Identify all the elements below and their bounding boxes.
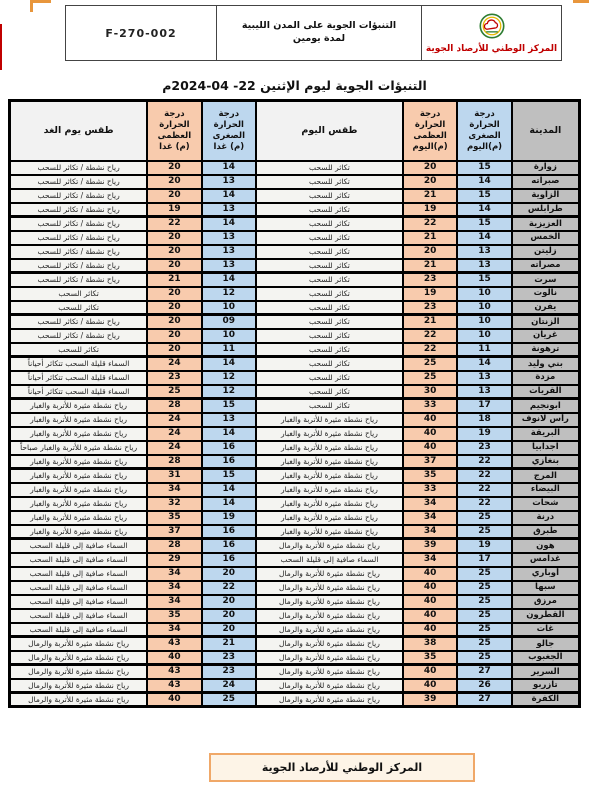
tomorrow-weather-cell: تكاثر للسحب [10, 301, 148, 315]
today-max-temp-cell: 34 [403, 497, 457, 511]
table-row: القريات1330تكاثر للسحب1225السماء قليلة ا… [10, 385, 580, 399]
today-weather-cell: رياح نشطة مثيرة للأتربة والغبار [256, 455, 403, 469]
today-max-temp-cell: 20 [403, 161, 457, 175]
today-min-temp-cell: 10 [457, 315, 511, 329]
table-row: زليتن1320تكاثر للسحب1320رياح نشطة / تكاث… [10, 245, 580, 259]
tomorrow-min-temp-cell: 23 [202, 665, 256, 679]
city-name-cell: بني وليد [512, 357, 580, 371]
tomorrow-weather-cell: رياح نشطة مثيرة للأتربة والرمال [10, 651, 148, 665]
tomorrow-max-temp-cell: 25 [147, 385, 201, 399]
tomorrow-weather-cell: رياح نشطة مثيرة للأتربة والغبار [10, 483, 148, 497]
city-name-cell: مصراته [512, 259, 580, 273]
tomorrow-max-temp-cell: 20 [147, 315, 201, 329]
today-weather-cell: تكاثر للسحب [256, 231, 403, 245]
header-city: المدينة [512, 101, 580, 161]
met-center-emblem-icon [479, 13, 505, 43]
today-max-temp-cell: 21 [403, 259, 457, 273]
today-min-temp-cell: 15 [457, 189, 511, 203]
table-row: غريان1022تكاثر للسحب1020رياح نشطة / تكاث… [10, 329, 580, 343]
today-max-temp-cell: 21 [403, 231, 457, 245]
page-border-artifact-top-left [30, 0, 51, 12]
tomorrow-weather-cell: رياح نشطة مثيرة للأتربة والغبار [10, 525, 148, 539]
city-name-cell: هون [512, 539, 580, 553]
today-min-temp-cell: 14 [457, 175, 511, 189]
today-max-temp-cell: 23 [403, 273, 457, 287]
tomorrow-min-temp-cell: 13 [202, 245, 256, 259]
tomorrow-max-temp-cell: 24 [147, 441, 201, 455]
today-min-temp-cell: 27 [457, 665, 511, 679]
tomorrow-min-temp-cell: 09 [202, 315, 256, 329]
tomorrow-weather-cell: السماء صافية إلى قليلة السحب [10, 595, 148, 609]
city-name-cell: البيضاء [512, 483, 580, 497]
tomorrow-weather-cell: تكاثر السحب [10, 287, 148, 301]
today-weather-cell: رياح نشطة مثيرة للأتربة والغبار [256, 469, 403, 483]
tomorrow-min-temp-cell: 14 [202, 273, 256, 287]
tomorrow-max-temp-cell: 20 [147, 259, 201, 273]
tomorrow-max-temp-cell: 20 [147, 245, 201, 259]
today-min-temp-cell: 13 [457, 245, 511, 259]
today-weather-cell: تكاثر للسحب [256, 371, 403, 385]
table-row: زوارة1520تكاثر للسحب1420رياح نشطة / تكاث… [10, 161, 580, 175]
table-row: ابونجيم1733تكاثر للسحب1528رياح نشطة مثير… [10, 399, 580, 413]
today-max-temp-cell: 25 [403, 371, 457, 385]
tomorrow-max-temp-cell: 24 [147, 427, 201, 441]
today-max-temp-cell: 23 [403, 301, 457, 315]
city-name-cell: بنغازي [512, 455, 580, 469]
today-weather-cell: رياح نشطة مثيرة للأتربة والغبار [256, 511, 403, 525]
today-min-temp-cell: 25 [457, 525, 511, 539]
tomorrow-weather-cell: رياح نشطة مثيرة للأتربة والغبار [10, 413, 148, 427]
tomorrow-max-temp-cell: 28 [147, 539, 201, 553]
table-row: طرابلس1419تكاثر للسحب1319رياح نشطة / تكا… [10, 203, 580, 217]
table-row: بني وليد1425تكاثر للسحب1424السماء قليلة … [10, 357, 580, 371]
table-row: رأس لانوف1840رياح نشطة مثيرة للأتربة وال… [10, 413, 580, 427]
today-max-temp-cell: 21 [403, 315, 457, 329]
tomorrow-max-temp-cell: 20 [147, 189, 201, 203]
table-row: جالو2538رياح نشطة مثيرة للأتربة والرمال2… [10, 637, 580, 651]
tomorrow-weather-cell: رياح نشطة مثيرة للأتربة والرمال [10, 665, 148, 679]
table-row: بنغازي2237رياح نشطة مثيرة للأتربة والغبا… [10, 455, 580, 469]
city-name-cell: شحات [512, 497, 580, 511]
table-row: أوباري2540رياح نشطة مثيرة للأتربة والرما… [10, 567, 580, 581]
today-max-temp-cell: 35 [403, 469, 457, 483]
today-max-temp-cell: 19 [403, 287, 457, 301]
tomorrow-max-temp-cell: 40 [147, 651, 201, 665]
tomorrow-weather-cell: رياح نشطة / تكاثر للسحب [10, 217, 148, 231]
table-row: سبها2540رياح نشطة مثيرة للأتربة والرمال2… [10, 581, 580, 595]
city-name-cell: السرير [512, 665, 580, 679]
today-min-temp-cell: 25 [457, 609, 511, 623]
today-max-temp-cell: 40 [403, 679, 457, 693]
today-weather-cell: رياح نشطة مثيرة للأتربة والرمال [256, 581, 403, 595]
city-name-cell: العزيزية [512, 217, 580, 231]
today-weather-cell: تكاثر للسحب [256, 287, 403, 301]
today-max-temp-cell: 40 [403, 441, 457, 455]
page-border-artifact-left [0, 24, 2, 70]
city-name-cell: صبراته [512, 175, 580, 189]
city-name-cell: طبرق [512, 525, 580, 539]
tomorrow-max-temp-cell: 43 [147, 637, 201, 651]
today-max-temp-cell: 22 [403, 217, 457, 231]
tomorrow-min-temp-cell: 10 [202, 329, 256, 343]
tomorrow-min-temp-cell: 20 [202, 623, 256, 637]
today-weather-cell: رياح نشطة مثيرة للأتربة والرمال [256, 567, 403, 581]
tomorrow-min-temp-cell: 13 [202, 413, 256, 427]
today-min-temp-cell: 19 [457, 539, 511, 553]
today-weather-cell: تكاثر للسحب [256, 245, 403, 259]
tomorrow-max-temp-cell: 43 [147, 679, 201, 693]
city-name-cell: غريان [512, 329, 580, 343]
today-max-temp-cell: 34 [403, 511, 457, 525]
tomorrow-max-temp-cell: 31 [147, 469, 201, 483]
doc-title-cell: التنبؤات الجوية على المدن الليبية لمدة ي… [216, 6, 421, 60]
today-min-temp-cell: 14 [457, 231, 511, 245]
table-row: اجدابيا2340رياح نشطة مثيرة للأتربة والغب… [10, 441, 580, 455]
tomorrow-min-temp-cell: 16 [202, 455, 256, 469]
today-weather-cell: رياح نشطة مثيرة للأتربة والرمال [256, 623, 403, 637]
today-min-temp-cell: 14 [457, 357, 511, 371]
today-min-temp-cell: 17 [457, 399, 511, 413]
city-name-cell: زوارة [512, 161, 580, 175]
tomorrow-max-temp-cell: 20 [147, 175, 201, 189]
table-row: يفرن1023تكاثر للسحب1020تكاثر للسحب [10, 301, 580, 315]
tomorrow-min-temp-cell: 13 [202, 175, 256, 189]
tomorrow-min-temp-cell: 23 [202, 651, 256, 665]
today-weather-cell: رياح نشطة مثيرة للأتربة والغبار [256, 427, 403, 441]
today-min-temp-cell: 25 [457, 623, 511, 637]
today-weather-cell: رياح نشطة مثيرة للأتربة والرمال [256, 693, 403, 707]
table-row: نالوت1019تكاثر للسحب1220تكاثر السحب [10, 287, 580, 301]
city-name-cell: جالو [512, 637, 580, 651]
table-row: صبراته1420تكاثر للسحب1320رياح نشطة / تكا… [10, 175, 580, 189]
city-name-cell: القطرون [512, 609, 580, 623]
tomorrow-weather-cell: رياح نشطة / تكاثر للسحب [10, 203, 148, 217]
city-name-cell: الخمس [512, 231, 580, 245]
today-max-temp-cell: 40 [403, 567, 457, 581]
today-max-temp-cell: 40 [403, 581, 457, 595]
tomorrow-weather-cell: السماء صافية إلى قليلة السحب [10, 581, 148, 595]
table-row: الجغبوب2535رياح نشطة مثيرة للأتربة والرم… [10, 651, 580, 665]
tomorrow-min-temp-cell: 16 [202, 539, 256, 553]
today-min-temp-cell: 15 [457, 273, 511, 287]
table-row: سرت1523تكاثر للسحب1421رياح نشطة / تكاثر … [10, 273, 580, 287]
tomorrow-min-temp-cell: 13 [202, 203, 256, 217]
city-name-cell: رأس لانوف [512, 413, 580, 427]
today-weather-cell: رياح نشطة مثيرة للأتربة والغبار [256, 483, 403, 497]
tomorrow-weather-cell: رياح نشطة مثيرة للأتربة والغبار [10, 455, 148, 469]
weather-bulletin-page: { "page": { "form_code": "F-270-002", "d… [0, 0, 589, 786]
tomorrow-weather-cell: رياح نشطة / تكاثر للسحب [10, 161, 148, 175]
today-min-temp-cell: 10 [457, 287, 511, 301]
city-name-cell: الزنتان [512, 315, 580, 329]
tomorrow-weather-cell: رياح نشطة / تكاثر للسحب [10, 259, 148, 273]
tomorrow-max-temp-cell: 23 [147, 371, 201, 385]
tomorrow-weather-cell: رياح نشطة مثيرة للأتربة والغبار صباحاً [10, 441, 148, 455]
city-name-cell: الجغبوب [512, 651, 580, 665]
tomorrow-min-temp-cell: 15 [202, 469, 256, 483]
today-max-temp-cell: 22 [403, 343, 457, 357]
today-min-temp-cell: 17 [457, 553, 511, 567]
city-name-cell: ابونجيم [512, 399, 580, 413]
table-row: درنة2534رياح نشطة مثيرة للأتربة والغبار1… [10, 511, 580, 525]
tomorrow-max-temp-cell: 37 [147, 525, 201, 539]
tomorrow-min-temp-cell: 14 [202, 217, 256, 231]
city-name-cell: القريات [512, 385, 580, 399]
today-max-temp-cell: 40 [403, 413, 457, 427]
today-weather-cell: تكاثر للسحب [256, 357, 403, 371]
footer-stamp: المركز الوطني للأرصاد الجوية [209, 753, 475, 782]
tomorrow-max-temp-cell: 40 [147, 693, 201, 707]
city-name-cell: طرابلس [512, 203, 580, 217]
today-min-temp-cell: 25 [457, 595, 511, 609]
today-weather-cell: تكاثر للسحب [256, 203, 403, 217]
tomorrow-weather-cell: رياح نشطة / تكاثر للسحب [10, 273, 148, 287]
forecast-table-body: زوارة1520تكاثر للسحب1420رياح نشطة / تكاث… [10, 161, 580, 707]
tomorrow-max-temp-cell: 28 [147, 399, 201, 413]
header-today-weather: طقس اليوم [256, 101, 403, 161]
today-min-temp-cell: 22 [457, 455, 511, 469]
tomorrow-max-temp-cell: 24 [147, 413, 201, 427]
today-max-temp-cell: 37 [403, 455, 457, 469]
today-min-temp-cell: 14 [457, 203, 511, 217]
today-min-temp-cell: 26 [457, 679, 511, 693]
tomorrow-min-temp-cell: 25 [202, 693, 256, 707]
doc-title-line1: التنبؤات الجوية على المدن الليبية [242, 20, 396, 33]
tomorrow-max-temp-cell: 34 [147, 483, 201, 497]
today-min-temp-cell: 25 [457, 651, 511, 665]
table-row: المرج2235رياح نشطة مثيرة للأتربة والغبار… [10, 469, 580, 483]
today-max-temp-cell: 20 [403, 175, 457, 189]
today-max-temp-cell: 22 [403, 329, 457, 343]
city-name-cell: مزدة [512, 371, 580, 385]
tomorrow-min-temp-cell: 12 [202, 385, 256, 399]
tomorrow-min-temp-cell: 12 [202, 287, 256, 301]
table-row: غدامس1734السماء صافية إلى قليلة السحب162… [10, 553, 580, 567]
today-weather-cell: رياح نشطة مثيرة للأتربة والغبار [256, 497, 403, 511]
tomorrow-max-temp-cell: 29 [147, 553, 201, 567]
org-header-cell: المركز الوطني للأرصاد الجوية [421, 6, 561, 60]
city-name-cell: درنة [512, 511, 580, 525]
forecast-table-wrapper: المدينة درجة الحرارة الصغرى (م)اليوم درج… [8, 99, 581, 708]
table-row: العزيزية1522تكاثر للسحب1422رياح نشطة / ت… [10, 217, 580, 231]
today-max-temp-cell: 39 [403, 539, 457, 553]
tomorrow-min-temp-cell: 22 [202, 581, 256, 595]
today-weather-cell: تكاثر للسحب [256, 315, 403, 329]
tomorrow-min-temp-cell: 14 [202, 189, 256, 203]
tomorrow-min-temp-cell: 16 [202, 441, 256, 455]
today-min-temp-cell: 23 [457, 441, 511, 455]
tomorrow-max-temp-cell: 19 [147, 203, 201, 217]
forecast-table-header: المدينة درجة الحرارة الصغرى (م)اليوم درج… [10, 101, 580, 161]
tomorrow-max-temp-cell: 34 [147, 595, 201, 609]
today-min-temp-cell: 25 [457, 567, 511, 581]
table-row: هون1939رياح نشطة مثيرة للأتربة والرمال16… [10, 539, 580, 553]
today-min-temp-cell: 22 [457, 497, 511, 511]
city-name-cell: ترهونة [512, 343, 580, 357]
tomorrow-min-temp-cell: 16 [202, 525, 256, 539]
city-name-cell: البريقة [512, 427, 580, 441]
city-name-cell: تازربو [512, 679, 580, 693]
tomorrow-min-temp-cell: 12 [202, 371, 256, 385]
today-max-temp-cell: 40 [403, 595, 457, 609]
today-min-temp-cell: 10 [457, 301, 511, 315]
today-max-temp-cell: 30 [403, 385, 457, 399]
tomorrow-weather-cell: رياح نشطة مثيرة للأتربة والغبار [10, 399, 148, 413]
table-row: شحات2234رياح نشطة مثيرة للأتربة والغبار1… [10, 497, 580, 511]
page-title: التنبؤات الجوية ليوم الإثنين 22- 04-2024… [0, 78, 589, 93]
today-max-temp-cell: 25 [403, 357, 457, 371]
tomorrow-max-temp-cell: 24 [147, 357, 201, 371]
tomorrow-weather-cell: رياح نشطة مثيرة للأتربة والرمال [10, 679, 148, 693]
today-max-temp-cell: 40 [403, 623, 457, 637]
city-name-cell: الزاوية [512, 189, 580, 203]
tomorrow-weather-cell: السماء صافية إلى قليلة السحب [10, 623, 148, 637]
tomorrow-min-temp-cell: 14 [202, 427, 256, 441]
tomorrow-min-temp-cell: 21 [202, 637, 256, 651]
tomorrow-weather-cell: رياح نشطة مثيرة للأتربة والغبار [10, 497, 148, 511]
today-min-temp-cell: 15 [457, 217, 511, 231]
tomorrow-weather-cell: تكاثر للسحب [10, 343, 148, 357]
city-name-cell: نالوت [512, 287, 580, 301]
city-name-cell: اجدابيا [512, 441, 580, 455]
header-row: المدينة درجة الحرارة الصغرى (م)اليوم درج… [10, 101, 580, 161]
city-name-cell: غات [512, 623, 580, 637]
tomorrow-weather-cell: السماء قليلة السحب تتكاثر أحياناً [10, 385, 148, 399]
today-weather-cell: رياح نشطة مثيرة للأتربة والرمال [256, 665, 403, 679]
table-row: مزدة1325تكاثر للسحب1223السماء قليلة السح… [10, 371, 580, 385]
document-header: المركز الوطني للأرصاد الجوية التنبؤات ال… [65, 5, 562, 61]
today-min-temp-cell: 25 [457, 511, 511, 525]
today-weather-cell: تكاثر للسحب [256, 343, 403, 357]
tomorrow-max-temp-cell: 35 [147, 511, 201, 525]
tomorrow-weather-cell: رياح نشطة مثيرة للأتربة والرمال [10, 693, 148, 707]
table-row: طبرق2534رياح نشطة مثيرة للأتربة والغبار1… [10, 525, 580, 539]
tomorrow-min-temp-cell: 11 [202, 343, 256, 357]
tomorrow-min-temp-cell: 10 [202, 301, 256, 315]
city-name-cell: الكفرة [512, 693, 580, 707]
today-weather-cell: رياح نشطة مثيرة للأتربة والرمال [256, 539, 403, 553]
tomorrow-max-temp-cell: 35 [147, 609, 201, 623]
tomorrow-min-temp-cell: 13 [202, 259, 256, 273]
table-row: ترهونة1122تكاثر للسحب1120تكاثر للسحب [10, 343, 580, 357]
today-min-temp-cell: 22 [457, 469, 511, 483]
tomorrow-weather-cell: رياح نشطة مثيرة للأتربة والرمال [10, 637, 148, 651]
tomorrow-weather-cell: رياح نشطة / تكاثر للسحب [10, 189, 148, 203]
today-max-temp-cell: 40 [403, 665, 457, 679]
tomorrow-min-temp-cell: 14 [202, 357, 256, 371]
today-weather-cell: تكاثر للسحب [256, 399, 403, 413]
table-row: الخمس1421تكاثر للسحب1320رياح نشطة / تكاث… [10, 231, 580, 245]
header-today-max: درجة الحرارة العظمى (م)اليوم [403, 101, 457, 161]
tomorrow-max-temp-cell: 20 [147, 329, 201, 343]
tomorrow-min-temp-cell: 19 [202, 511, 256, 525]
table-row: الزنتان1021تكاثر للسحب0920رياح نشطة / تك… [10, 315, 580, 329]
table-row: البيضاء2233رياح نشطة مثيرة للأتربة والغب… [10, 483, 580, 497]
today-max-temp-cell: 19 [403, 203, 457, 217]
today-min-temp-cell: 25 [457, 581, 511, 595]
today-max-temp-cell: 34 [403, 553, 457, 567]
tomorrow-weather-cell: السماء قليلة السحب تتكاثر أحياناً [10, 371, 148, 385]
today-weather-cell: تكاثر للسحب [256, 273, 403, 287]
header-today-min: درجة الحرارة الصغرى (م)اليوم [457, 101, 511, 161]
header-tomorrow-min: درجة الحرارة الصغرى (م) غدا [202, 101, 256, 161]
city-name-cell: المرج [512, 469, 580, 483]
tomorrow-min-temp-cell: 14 [202, 161, 256, 175]
today-max-temp-cell: 39 [403, 693, 457, 707]
city-name-cell: أوباري [512, 567, 580, 581]
tomorrow-max-temp-cell: 20 [147, 287, 201, 301]
today-max-temp-cell: 34 [403, 525, 457, 539]
tomorrow-min-temp-cell: 20 [202, 595, 256, 609]
today-min-temp-cell: 15 [457, 161, 511, 175]
doc-title-line2: لمدة يومين [293, 33, 345, 46]
today-weather-cell: تكاثر للسحب [256, 301, 403, 315]
today-min-temp-cell: 10 [457, 329, 511, 343]
tomorrow-min-temp-cell: 24 [202, 679, 256, 693]
tomorrow-weather-cell: رياح نشطة مثيرة للأتربة والغبار [10, 469, 148, 483]
today-min-temp-cell: 11 [457, 343, 511, 357]
tomorrow-weather-cell: السماء صافية إلى قليلة السحب [10, 567, 148, 581]
today-weather-cell: رياح نشطة مثيرة للأتربة والغبار [256, 441, 403, 455]
tomorrow-weather-cell: رياح نشطة مثيرة للأتربة والغبار [10, 511, 148, 525]
today-min-temp-cell: 25 [457, 637, 511, 651]
org-name: المركز الوطني للأرصاد الجوية [426, 44, 557, 54]
today-max-temp-cell: 38 [403, 637, 457, 651]
tomorrow-min-temp-cell: 15 [202, 399, 256, 413]
tomorrow-min-temp-cell: 14 [202, 497, 256, 511]
tomorrow-max-temp-cell: 21 [147, 273, 201, 287]
today-min-temp-cell: 19 [457, 427, 511, 441]
today-weather-cell: تكاثر للسحب [256, 175, 403, 189]
city-name-cell: يفرن [512, 301, 580, 315]
tomorrow-max-temp-cell: 20 [147, 161, 201, 175]
tomorrow-weather-cell: السماء صافية إلى قليلة السحب [10, 539, 148, 553]
tomorrow-weather-cell: رياح نشطة / تكاثر للسحب [10, 315, 148, 329]
today-weather-cell: تكاثر للسحب [256, 259, 403, 273]
table-row: غات2540رياح نشطة مثيرة للأتربة والرمال20… [10, 623, 580, 637]
tomorrow-weather-cell: السماء صافية إلى قليلة السحب [10, 553, 148, 567]
tomorrow-max-temp-cell: 43 [147, 665, 201, 679]
today-weather-cell: السماء صافية إلى قليلة السحب [256, 553, 403, 567]
tomorrow-min-temp-cell: 13 [202, 231, 256, 245]
table-row: البريقة1940رياح نشطة مثيرة للأتربة والغب… [10, 427, 580, 441]
tomorrow-max-temp-cell: 32 [147, 497, 201, 511]
table-row: مصراته1321تكاثر للسحب1320رياح نشطة / تكا… [10, 259, 580, 273]
tomorrow-max-temp-cell: 22 [147, 217, 201, 231]
tomorrow-min-temp-cell: 20 [202, 609, 256, 623]
city-name-cell: غدامس [512, 553, 580, 567]
tomorrow-max-temp-cell: 28 [147, 455, 201, 469]
tomorrow-max-temp-cell: 20 [147, 301, 201, 315]
city-name-cell: سرت [512, 273, 580, 287]
today-weather-cell: تكاثر للسحب [256, 189, 403, 203]
tomorrow-weather-cell: رياح نشطة / تكاثر للسحب [10, 329, 148, 343]
tomorrow-max-temp-cell: 34 [147, 581, 201, 595]
today-min-temp-cell: 13 [457, 259, 511, 273]
tomorrow-min-temp-cell: 16 [202, 553, 256, 567]
table-row: القطرون2540رياح نشطة مثيرة للأتربة والرم… [10, 609, 580, 623]
today-weather-cell: تكاثر للسحب [256, 161, 403, 175]
today-max-temp-cell: 20 [403, 245, 457, 259]
today-weather-cell: رياح نشطة مثيرة للأتربة والرمال [256, 651, 403, 665]
table-row: الزاوية1521تكاثر للسحب1420رياح نشطة / تك… [10, 189, 580, 203]
today-weather-cell: رياح نشطة مثيرة للأتربة والرمال [256, 595, 403, 609]
tomorrow-max-temp-cell: 34 [147, 623, 201, 637]
today-max-temp-cell: 33 [403, 399, 457, 413]
today-weather-cell: تكاثر للسحب [256, 385, 403, 399]
header-tomorrow-weather: طقس يوم الغد [10, 101, 148, 161]
today-min-temp-cell: 27 [457, 693, 511, 707]
